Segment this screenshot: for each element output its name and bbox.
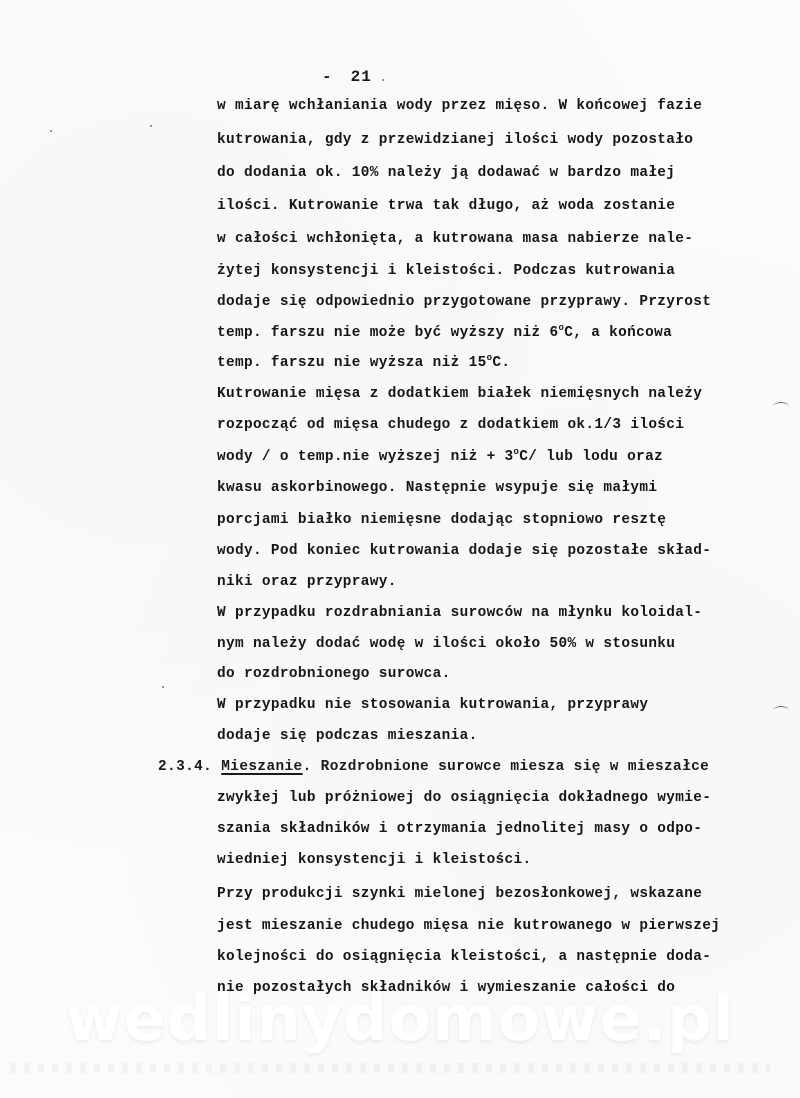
page-number: -21 (322, 68, 372, 86)
text-fragment: temp. farszu nie wyższa niż 15 (217, 355, 487, 371)
text-line: W przypadku nie stosowania kutrowania, p… (217, 696, 648, 714)
text-line: w miarę wchłaniania wody przez mięso. W … (217, 97, 702, 115)
text-fragment: C. (492, 355, 510, 371)
text-fragment: C/ lub lodu oraz (519, 449, 663, 465)
scan-speck (50, 130, 52, 132)
text-line: zwykłej lub próżniowej do osiągnięcia do… (217, 789, 711, 807)
scan-speck (162, 686, 164, 688)
text-line: W przypadku rozdrabniania surowców na mł… (217, 604, 702, 622)
text-line: Przy produkcji szynki mielonej bezosłonk… (217, 885, 702, 903)
text-line: porcjami białko niemięsne dodając stopni… (217, 511, 666, 529)
margin-mark-icon (773, 402, 789, 411)
text-line: wiedniej konsystencji i kleistości. (217, 851, 532, 869)
section-number: 2.3.4. (158, 759, 212, 775)
section-heading: 2.3.4. Mieszanie. Rozdrobnione surowce m… (158, 758, 709, 776)
text-line: Kutrowanie mięsa z dodatkiem białek niem… (217, 385, 702, 403)
text-line: w całości wchłonięta, a kutrowana masa n… (217, 230, 693, 248)
scan-speck (150, 125, 152, 127)
text-fragment: temp. farszu nie może być wyższy niż 6 (217, 325, 558, 341)
scan-speck (382, 79, 384, 81)
text-line: ilości. Kutrowanie trwa tak długo, aż wo… (217, 197, 675, 215)
text-line: kutrowania, gdy z przewidzianej ilości w… (217, 131, 693, 149)
text-line: dodaje się odpowiednio przygotowane przy… (217, 293, 711, 311)
text-line: niki oraz przyprawy. (217, 573, 397, 591)
text-line: jest mieszanie chudego mięsa nie kutrowa… (217, 917, 720, 935)
text-fragment: wody / o temp.nie wyższej niż + 3 (217, 449, 514, 465)
text-line: kwasu askorbinowego. Następnie wsypuje s… (217, 479, 657, 497)
text-line: żytej konsystencji i kleistości. Podczas… (217, 262, 675, 280)
text-line: rozpocząć od mięsa chudego z dodatkiem o… (217, 416, 684, 434)
text-fragment: C, a końcowa (564, 325, 672, 341)
page-number-value: 21 (351, 68, 372, 86)
text-line-temperature: temp. farszu nie wyższa niż 15oC. (217, 354, 510, 372)
section-text: . Rozdrobnione surowce miesza się w mies… (303, 759, 710, 775)
page-number-dash: - (322, 68, 333, 86)
text-line: do rozdrobnionego surowca. (217, 665, 451, 683)
margin-mark-icon (773, 706, 789, 715)
scan-artifact (10, 1063, 770, 1073)
text-line: wody. Pod koniec kutrowania dodaje się p… (217, 542, 711, 560)
text-line: kolejności do osiągnięcia kleistości, a … (217, 948, 711, 966)
text-line-temperature: temp. farszu nie może być wyższy niż 6oC… (217, 324, 672, 342)
text-line: nym należy dodać wodę w ilości około 50%… (217, 635, 675, 653)
section-title: Mieszanie (221, 759, 302, 775)
scanned-document-page: -21 w miarę wchłaniania wody przez mięso… (0, 0, 800, 1098)
text-line: do dodania ok. 10% należy ją dodawać w b… (217, 164, 675, 182)
text-line: szania składników i otrzymania jednolite… (217, 820, 702, 838)
watermark: wedlinydomowe.pl (0, 982, 800, 1055)
text-line-temperature: wody / o temp.nie wyższej niż + 3oC/ lub… (217, 448, 663, 466)
text-line: dodaje się podczas mieszania. (217, 727, 478, 745)
